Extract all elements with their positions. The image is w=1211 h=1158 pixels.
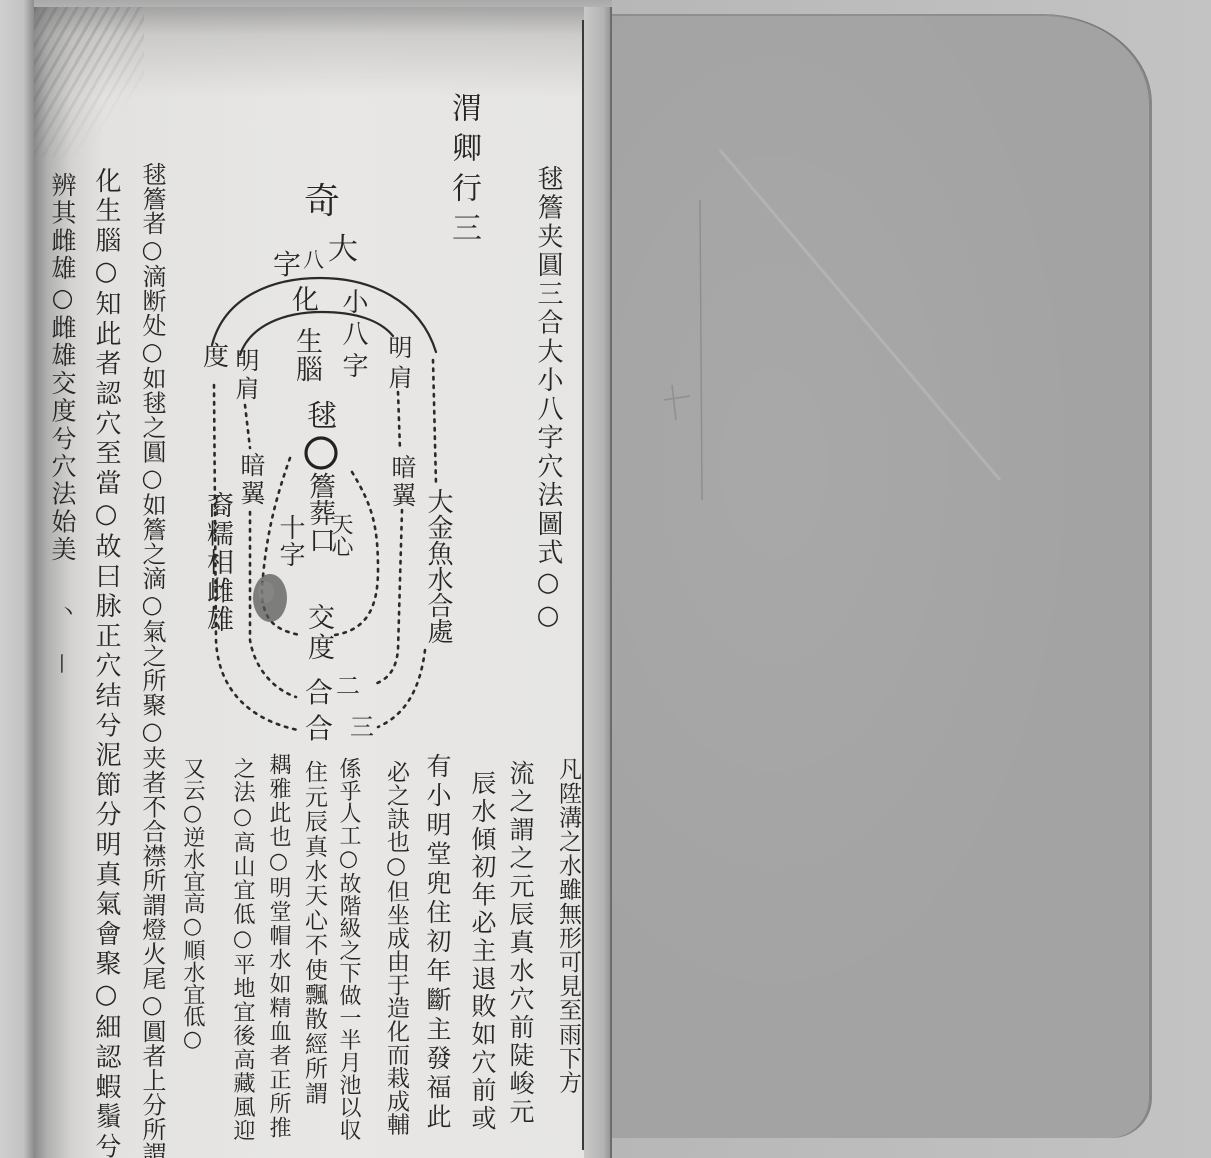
label-bright-shoulder-left: 明肩 (233, 348, 257, 404)
body-text-column: 辰水傾初年必主退敗如穴前或 (470, 770, 495, 1133)
commentary-column: 又云○逆水宜高○順水宜低○ (181, 757, 203, 1052)
body-text-column: 住元辰真水天心不使飄散經所謂 (302, 760, 325, 1106)
label-bright-shoulder-right: 明肩 (386, 335, 410, 395)
label-sheng-nao: 生腦 (293, 327, 320, 383)
label-du: 度 (203, 344, 229, 370)
label-intersection: 交度 (305, 603, 332, 663)
commentary-column: 辨其雌雄○雌雄交度兮穴法始美 (50, 172, 75, 564)
body-text-column: 凡陞溝之水雖無形可見至雨下方 (556, 757, 579, 1094)
body-text-column: 有小明堂兜住初年斷主發福此 (425, 753, 450, 1133)
page-title-column: 毬簷夹圓三合大小八字穴法圖式○○ (535, 165, 561, 633)
label-big-eight-da: 大 (328, 235, 358, 265)
label-two-he: 合 (305, 679, 333, 707)
body-text-column: 之法○高山宜低○平地宜後高藏風迎 (231, 757, 253, 1143)
scan-left-edge (0, 0, 34, 1158)
page-margin-strip (584, 7, 612, 1158)
author-column: 渭卿行三 (448, 92, 478, 252)
label-three: 三 (350, 715, 374, 739)
right-page-blank (612, 14, 1152, 1138)
label-dark-wing-right: 暗翼 (390, 454, 415, 510)
label-qi: 奇 (304, 184, 340, 220)
body-text-column: 必之訣也○但坐成由于造化而栽成輔 (384, 760, 407, 1136)
label-male-female: 裔糯相雌雄 (204, 491, 231, 634)
label-heart-of-heaven: 天心 (329, 513, 351, 557)
body-text-column: 係乎人工○故階級之下做一半月池以収 (337, 757, 359, 1141)
body-text-column: 流之謂之元辰真水穴前陡峻元 (508, 760, 533, 1127)
label-three-he: 合 (305, 715, 333, 743)
label-hua: 化 (292, 287, 319, 314)
label-golden-fish-water: 大金魚水合處 (425, 488, 451, 644)
corner-wear-mark (34, 7, 144, 157)
end-mark: 丨 (52, 654, 72, 674)
commentary-column: 化生腦○知此者認穴至當○故曰脉正穴结兮泥節分明真氣會聚○細認蝦鬚兮 (93, 167, 119, 1158)
label-dark-wing-left: 暗翼 (239, 452, 264, 508)
commentary-column: 毬簷者○滴断处○如毬之圓○如簷之滴○氣之所聚○夹者不合襟所謂燈火尾○圓者上分所謂 (140, 162, 164, 1158)
end-mark: 丶 (58, 602, 78, 622)
page-edge-line (610, 7, 612, 1158)
body-text-column: 耦雅此也○明堂帽水如精血者正所推 (267, 753, 289, 1140)
label-big-eight-ba: 八 (303, 250, 324, 271)
label-small-eight-character: 小八字 (340, 288, 366, 384)
label-two: 二 (336, 674, 360, 698)
label-big-eight-zi: 字 (273, 251, 301, 279)
label-cross: 十字 (277, 514, 303, 568)
label-qiu: 毬 (307, 402, 337, 432)
page-border-rule (582, 20, 584, 1150)
